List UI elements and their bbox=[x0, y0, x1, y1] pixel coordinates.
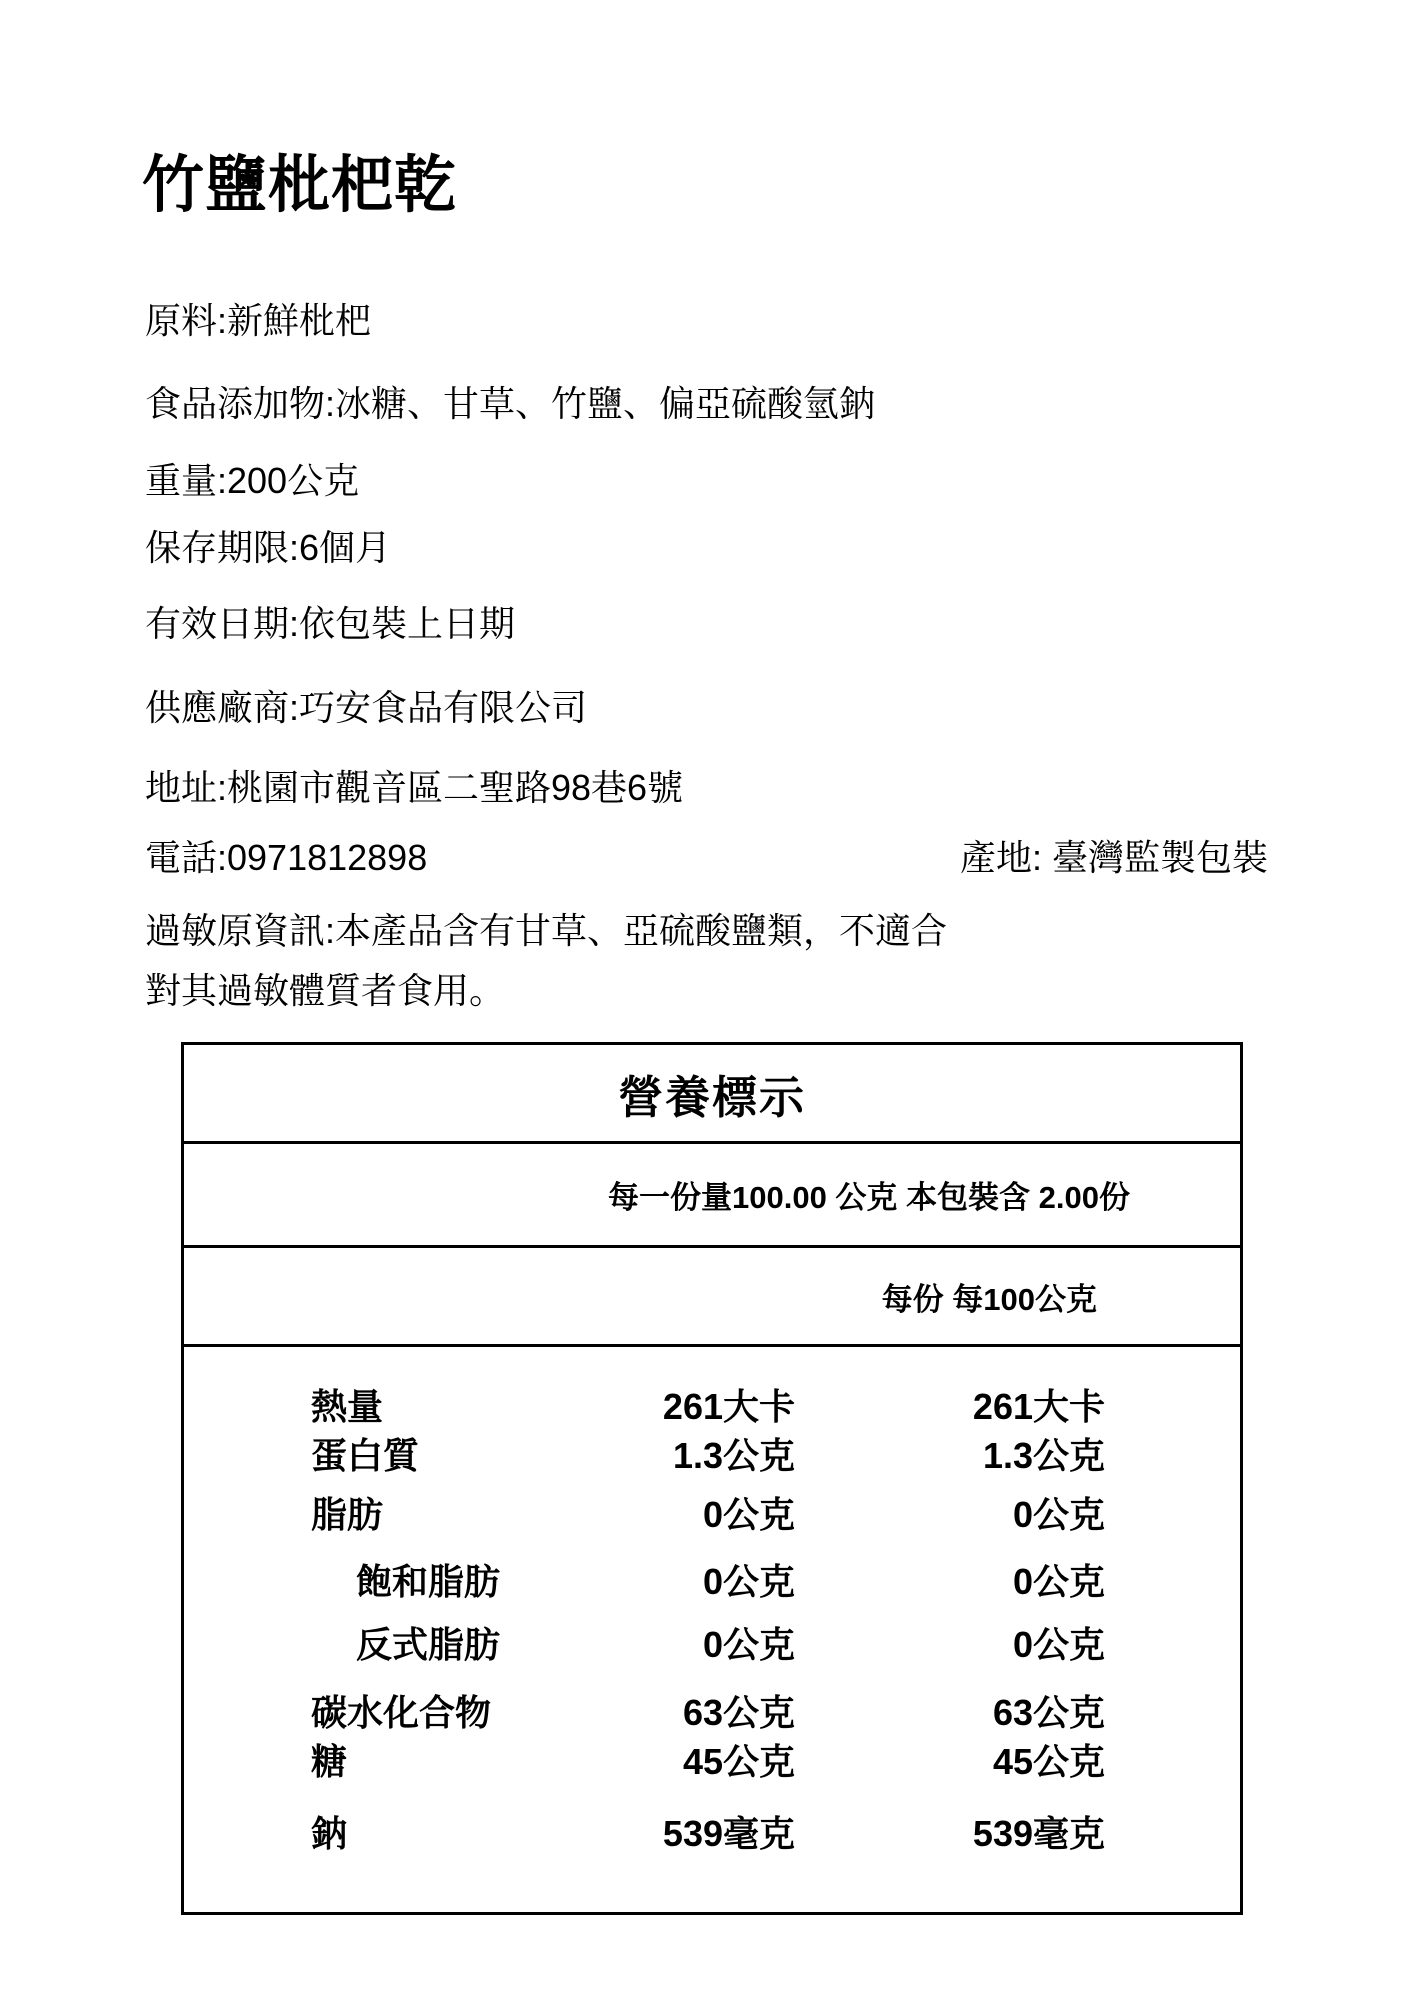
info-line-shelf-life: 保存期限:6個月 bbox=[145, 527, 391, 568]
value-per-serving: 45公克 bbox=[683, 1744, 795, 1780]
value-per-serving: 1.3公克 bbox=[673, 1438, 795, 1474]
allergen-info-line-2: 對其過敏體質者食用。 bbox=[145, 970, 505, 1011]
value-per-100g: 1.3公克 bbox=[983, 1438, 1105, 1474]
nutrient-name: 脂肪 bbox=[311, 1497, 383, 1533]
value-per-100g: 63公克 bbox=[993, 1695, 1105, 1731]
nutrient-name: 糖 bbox=[311, 1744, 347, 1780]
nutrient-name: 飽和脂肪 bbox=[356, 1564, 500, 1600]
value-per-serving: 539毫克 bbox=[663, 1816, 795, 1852]
page-title: 竹鹽枇杷乾 bbox=[142, 155, 457, 217]
nutrient-row-saturated-fat: 飽和脂肪 0公克 0公克 bbox=[184, 1564, 1240, 1610]
nutrient-row-trans-fat: 反式脂肪 0公克 0公克 bbox=[184, 1627, 1240, 1673]
nutrient-row-calories: 熱量 261大卡 261大卡 bbox=[184, 1389, 1240, 1435]
value-per-100g: 0公克 bbox=[1013, 1497, 1105, 1533]
nutrition-serving-info: 每一份量100.00 公克 本包裝含 2.00份 bbox=[184, 1144, 1240, 1248]
nutrient-name: 碳水化合物 bbox=[311, 1695, 491, 1731]
info-line-phone-origin: 電話:0971812898 產地: 臺灣監製包裝 bbox=[145, 837, 1345, 878]
nutrition-table: 營養標示 每一份量100.00 公克 本包裝含 2.00份 每份 每100公克 … bbox=[181, 1042, 1243, 1915]
nutrient-row-protein: 蛋白質 1.3公克 1.3公克 bbox=[184, 1438, 1240, 1484]
info-line-supplier: 供應廠商:巧安食品有限公司 bbox=[145, 687, 587, 728]
nutrient-name: 蛋白質 bbox=[311, 1438, 419, 1474]
info-line-address: 地址:桃園市觀音區二聖路98巷6號 bbox=[145, 767, 683, 808]
nutrient-row-fat: 脂肪 0公克 0公克 bbox=[184, 1497, 1240, 1543]
info-line-additives: 食品添加物:冰糖、甘草、竹鹽、偏亞硫酸氫鈉 bbox=[145, 383, 875, 424]
value-per-100g: 0公克 bbox=[1013, 1627, 1105, 1663]
allergen-info-line-1: 過敏原資訊:本產品含有甘草、亞硫酸鹽類，不適合 bbox=[145, 910, 947, 951]
value-per-serving: 63公克 bbox=[683, 1695, 795, 1731]
nutrient-row-sugar: 糖 45公克 45公克 bbox=[184, 1744, 1240, 1790]
nutrition-column-header: 每份 每100公克 bbox=[184, 1248, 1240, 1347]
nutrient-name: 鈉 bbox=[311, 1816, 347, 1852]
nutrient-row-sodium: 鈉 539毫克 539毫克 bbox=[184, 1816, 1240, 1862]
info-line-expiry: 有效日期:依包裝上日期 bbox=[145, 603, 515, 644]
value-per-100g: 261大卡 bbox=[973, 1389, 1105, 1425]
value-per-100g: 539毫克 bbox=[973, 1816, 1105, 1852]
nutrient-name: 反式脂肪 bbox=[356, 1627, 500, 1663]
value-per-100g: 45公克 bbox=[993, 1744, 1105, 1780]
nutrient-row-carbohydrate: 碳水化合物 63公克 63公克 bbox=[184, 1695, 1240, 1741]
info-line-ingredients: 原料:新鮮枇杷 bbox=[145, 300, 371, 341]
nutrition-table-title: 營養標示 bbox=[184, 1045, 1240, 1144]
value-per-serving: 0公克 bbox=[703, 1497, 795, 1533]
value-per-100g: 0公克 bbox=[1013, 1564, 1105, 1600]
origin-text: 產地: 臺灣監製包裝 bbox=[960, 837, 1268, 878]
value-per-serving: 261大卡 bbox=[663, 1389, 795, 1425]
product-label-page: 竹鹽枇杷乾 原料:新鮮枇杷 食品添加物:冰糖、甘草、竹鹽、偏亞硫酸氫鈉 重量:2… bbox=[0, 0, 1414, 2000]
nutrient-name: 熱量 bbox=[311, 1389, 383, 1425]
nutrition-table-body: 熱量 261大卡 261大卡 蛋白質 1.3公克 1.3公克 脂肪 0公克 0公… bbox=[184, 1347, 1240, 1906]
info-line-weight: 重量:200公克 bbox=[145, 460, 359, 501]
phone-text: 電話:0971812898 bbox=[145, 837, 427, 878]
value-per-serving: 0公克 bbox=[703, 1564, 795, 1600]
value-per-serving: 0公克 bbox=[703, 1627, 795, 1663]
